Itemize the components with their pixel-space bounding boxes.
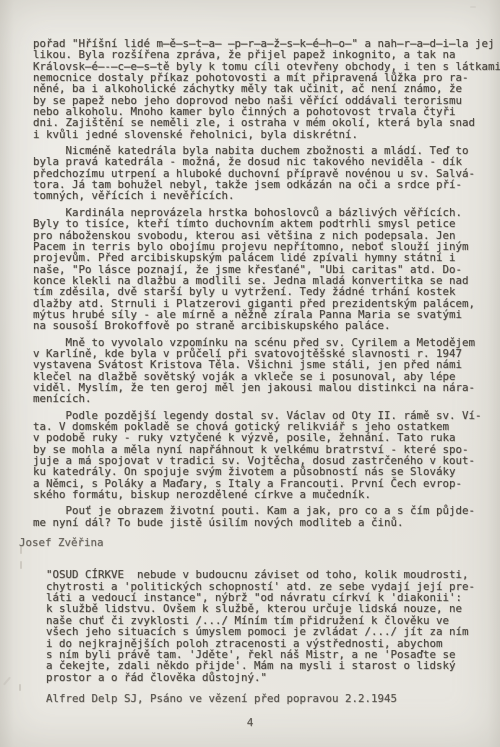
- scan-mark: [20, 561, 22, 569]
- scan-mark: [470, 6, 476, 8]
- text-line: me nyní dál? To bude jistě úsilím nových…: [33, 517, 492, 528]
- text-line: ského formátu, biskup nerozdělené církve…: [33, 489, 492, 500]
- text-line: i kvůli jedné slovenské řeholnici, byla …: [33, 129, 492, 140]
- scan-mark: [19, 684, 21, 691]
- paragraph: Nicméně katedrála byla nabita duchem zbo…: [33, 145, 492, 202]
- paragraph: Pouť je obrazem životní pouti. Kam a jak…: [33, 505, 492, 528]
- text-line: menících.: [33, 393, 492, 404]
- text-line: Byly to tisíce, kteří tímto duchovním ak…: [33, 218, 492, 229]
- quote-line: a čekejte, zdali někdo přijde'. Mám na m…: [46, 660, 492, 671]
- text-line: likou. Byla rozšířena zpráva, že přijel …: [33, 49, 492, 60]
- quote-block: "OSUD CÍRKVE nebude v budoucnu záviset o…: [33, 569, 492, 682]
- text-line: tím zděsila, dvě starší byly u vytržení.…: [33, 286, 492, 297]
- quote-attribution: Alfred Delp SJ, Psáno ve vězení před pop…: [33, 693, 492, 704]
- page-number: 4: [0, 716, 500, 729]
- page-content: pořad "Hříšní lidé m̶ě̶s̶t̶a̶ ̶p̶r̶a̶ž̶s…: [33, 38, 492, 704]
- text-line: viděl. Myslím, že ten geroj měl jen jako…: [33, 382, 492, 393]
- text-line: na sousoší Brokoffově po straně arcibisk…: [33, 320, 492, 331]
- author-signature: Josef Zvěřina: [19, 537, 492, 548]
- text-line: tomných, věřících i nevěřících.: [33, 190, 492, 201]
- paragraph: Kardinála neprovázela hrstka bohoslovců …: [33, 207, 492, 332]
- scan-crease: [3, 677, 11, 686]
- text-line: projevům. Před arcibiskupským palácem li…: [33, 252, 492, 263]
- paragraph: Mně to vyvolalo vzpomínku na scénu před …: [33, 337, 492, 405]
- paragraph: Podle pozdější legendy dostal sv. Václav…: [33, 410, 492, 501]
- text-line: v podobě ruky - ruky vztyčené k výzvě, p…: [33, 432, 492, 443]
- text-line: vystavena Svátost Kristova Těla. Všichni…: [33, 359, 492, 370]
- scanned-page: pořad "Hříšní lidé m̶ě̶s̶t̶a̶ ̶p̶r̶a̶ž̶s…: [0, 0, 500, 747]
- quote-line: všech jeho situacích s úmyslem pomoci je…: [46, 626, 492, 637]
- typewritten-text: pořad "Hříšní lidé m̶ě̶s̶t̶a̶ ̶p̶r̶a̶ž̶s…: [33, 38, 492, 528]
- quote-line: prostor a o řád člověka důstojný.": [46, 672, 492, 683]
- paragraph: pořad "Hříšní lidé m̶ě̶s̶t̶a̶ ̶p̶r̶a̶ž̶s…: [33, 38, 492, 140]
